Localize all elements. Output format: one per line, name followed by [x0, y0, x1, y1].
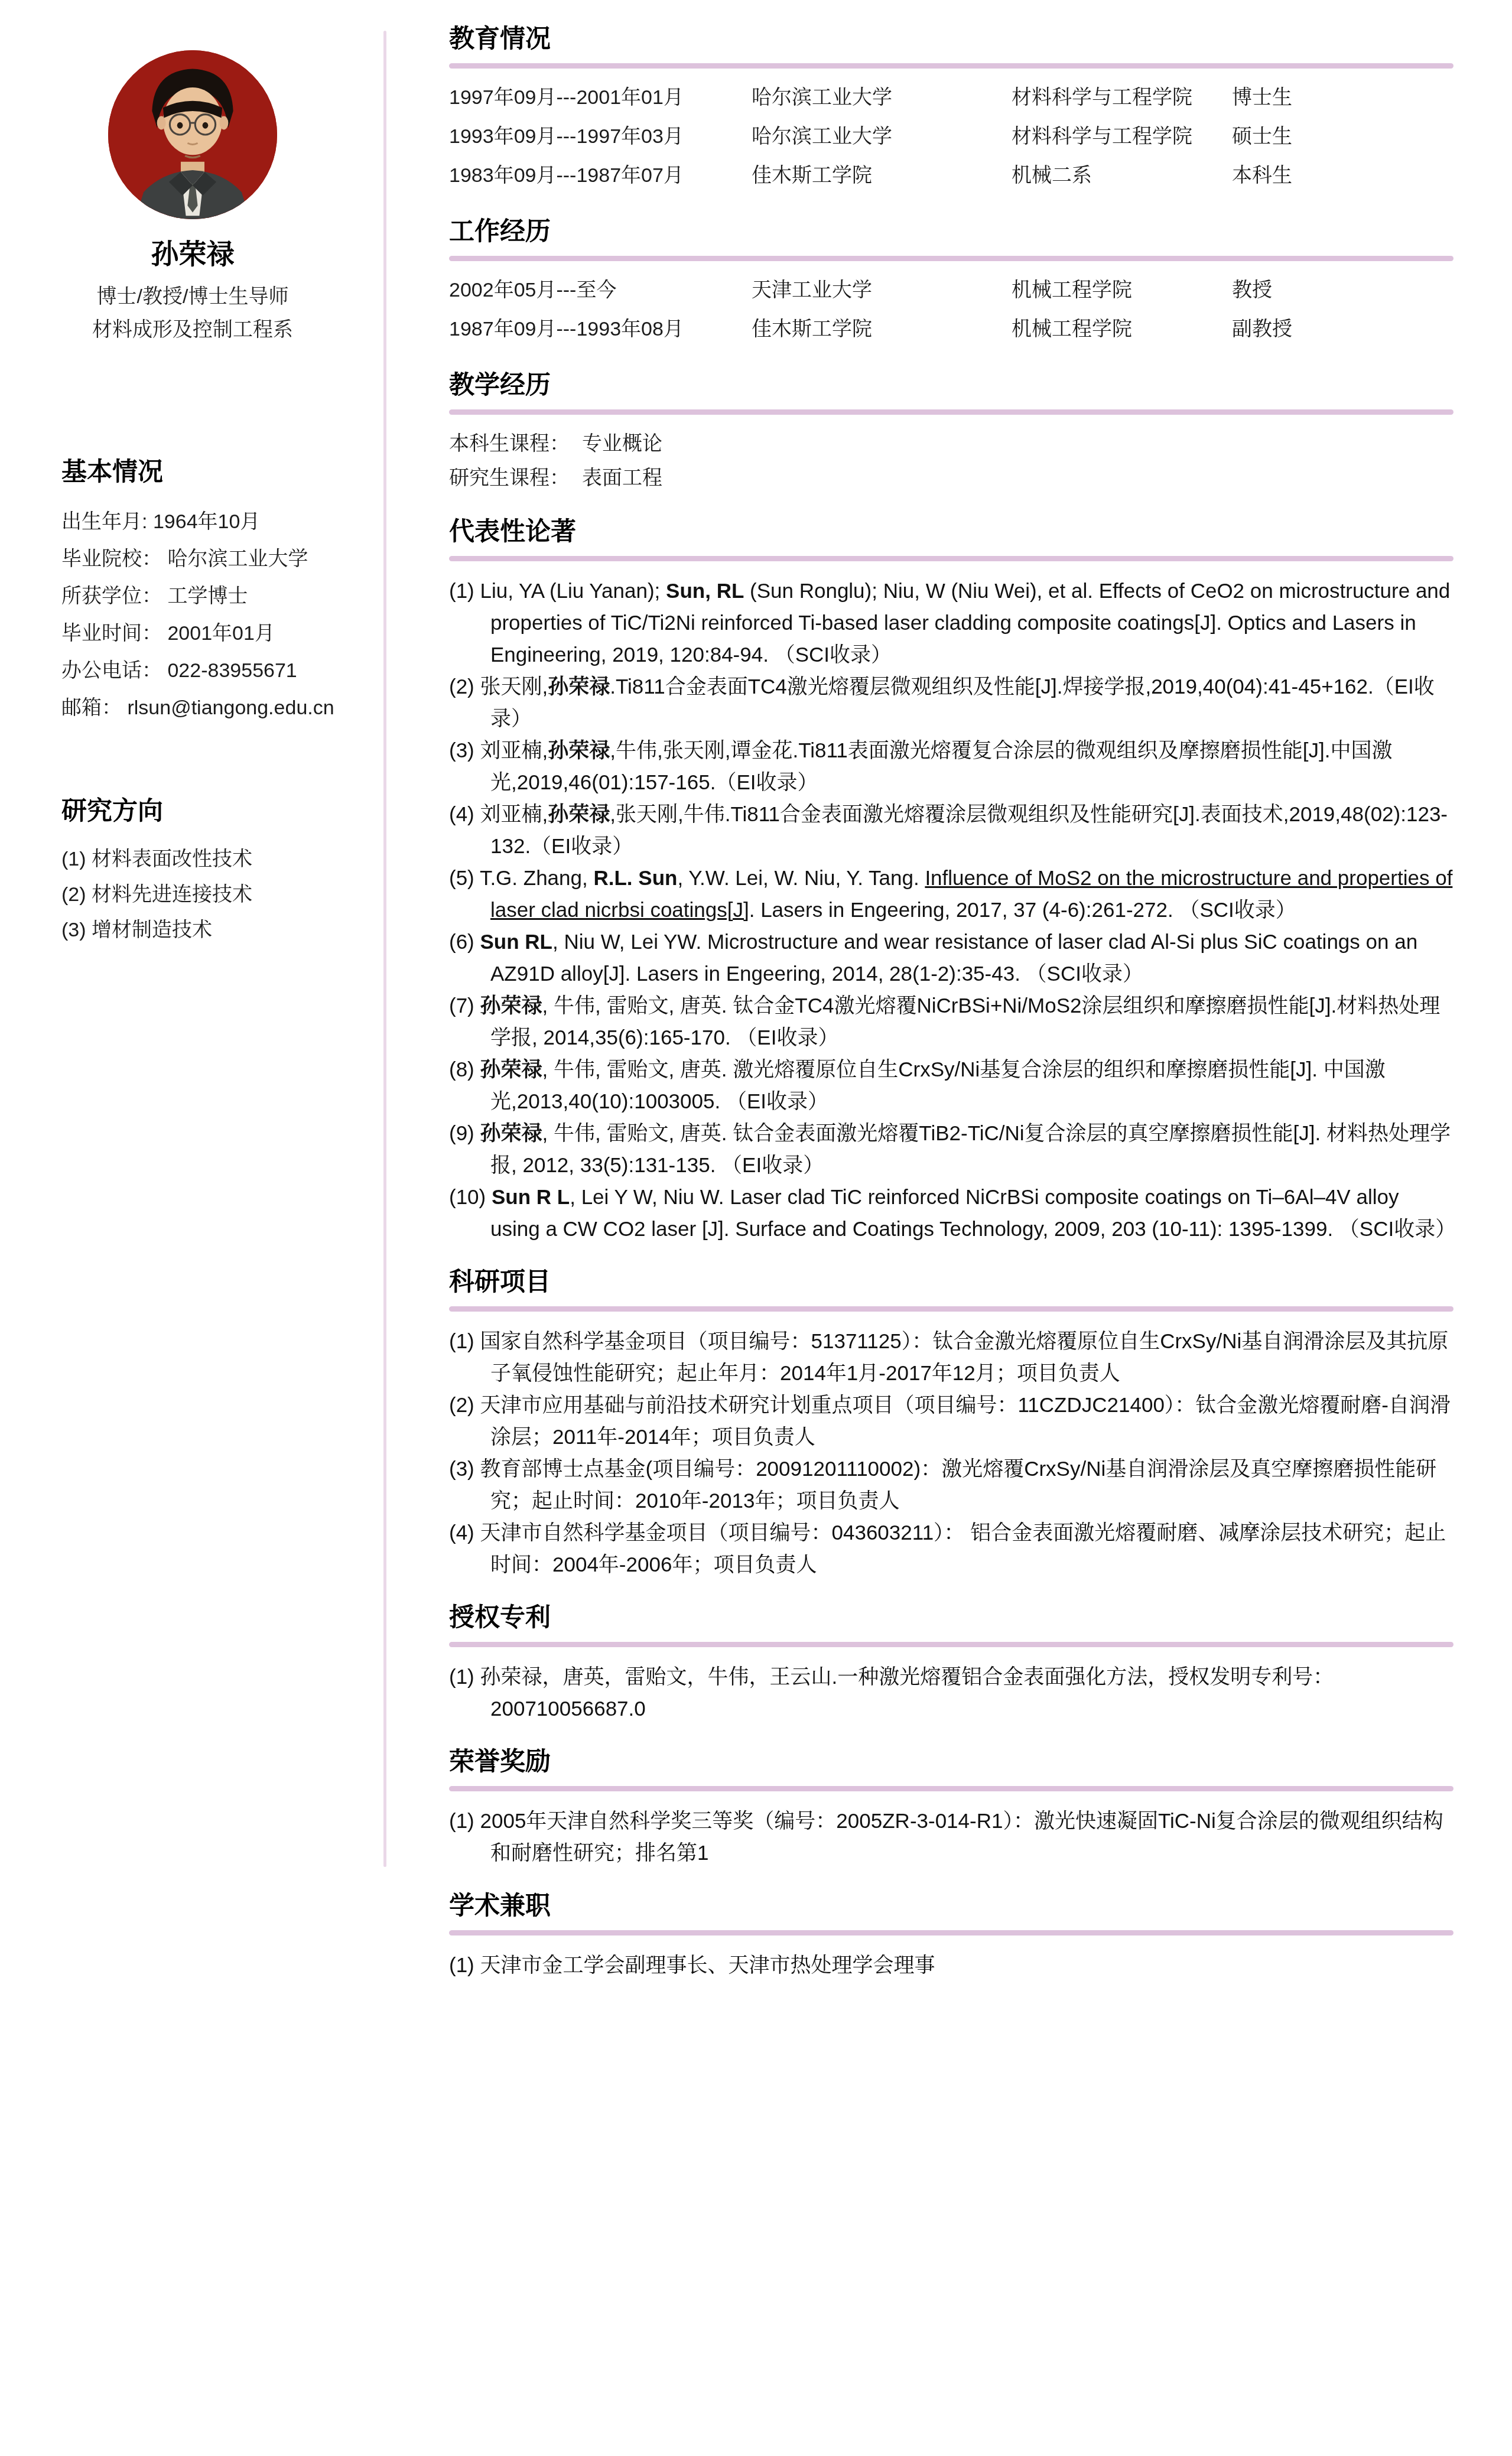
publication-item: (4) 刘亚楠,孙荣禄,张天刚,牛伟.Ti811合金表面激光熔覆涂层微观组织及性…: [449, 799, 1454, 863]
info-row: 出生年月: 1964年10月: [61, 503, 368, 541]
text-segment: . Lasers in Engeering, 2017, 37 (4-6):26…: [749, 899, 1296, 922]
info-row: 邮箱： rlsun@tiangong.edu.cn: [61, 689, 368, 727]
table-row: 2002年05月---至今天津工业大学机械工程学院教授: [449, 271, 1454, 310]
table-cell: 天津工业大学: [752, 271, 1012, 310]
table-cell: 哈尔滨工业大学: [752, 78, 1012, 117]
list-item: (1) 材料表面改性技术: [61, 841, 368, 877]
publication-item: (5) T.G. Zhang, R.L. Sun, Y.W. Lei, W. N…: [449, 863, 1454, 926]
item-number: (1): [449, 1665, 480, 1689]
info-label: 邮箱：: [61, 697, 127, 719]
text-segment: ,张天刚,牛伟.Ti811合金表面激光熔覆涂层微观组织及性能研究[J].表面技术…: [490, 803, 1448, 858]
table-cell: 硕士生: [1232, 117, 1454, 156]
text-segment: Sun R L: [492, 1186, 570, 1209]
publications-divider-bar: [449, 556, 1454, 561]
teaching-divider-bar: [449, 409, 1454, 415]
item-number: (1): [449, 1954, 480, 1977]
list-item: (2) 材料先进连接技术: [61, 877, 368, 912]
work-divider-bar: [449, 256, 1454, 261]
list-item: (1) 国家自然科学基金项目（项目编号：51371125）：钛合金激光熔覆原位自…: [449, 1326, 1454, 1390]
item-number: (6): [449, 931, 480, 954]
info-row: 毕业院校： 哈尔滨工业大学: [61, 541, 368, 578]
table-cell: 哈尔滨工业大学: [752, 117, 1012, 156]
item-number: (5): [449, 867, 480, 890]
text-segment: R.L. Sun: [593, 867, 677, 890]
table-cell: 佳木斯工学院: [752, 310, 1012, 349]
publications-heading: 代表性论著: [449, 516, 1454, 547]
item-text: 国家自然科学基金项目（项目编号：51371125）：钛合金激光熔覆原位自生Crx…: [480, 1330, 1449, 1385]
list-item: (1) 天津市金工学会副理事长、天津市热处理学会理事: [449, 1950, 1454, 1982]
work-heading: 工作经历: [449, 216, 1454, 247]
item-text: 孙荣禄，唐英，雷贻文，牛伟，王云山.一种激光熔覆铝合金表面强化方法，授权发明专利…: [480, 1665, 1334, 1720]
info-label: 毕业时间：: [61, 622, 167, 645]
item-number: (1): [449, 1330, 480, 1353]
publication-item: (9) 孙荣禄, 牛伟, 雷贻文, 唐英. 钛合金表面激光熔覆TiB2-TiC/…: [449, 1118, 1454, 1182]
text-segment: 孙荣禄: [548, 803, 610, 826]
projects-heading: 科研项目: [449, 1267, 1454, 1297]
positions-section: 学术兼职 (1) 天津市金工学会副理事长、天津市热处理学会理事: [449, 1891, 1454, 1982]
info-label: 出生年月:: [61, 510, 153, 533]
text-segment: 孙荣禄: [480, 1122, 542, 1145]
info-label: 办公电话：: [61, 659, 167, 682]
table-row: 1997年09月---2001年01月哈尔滨工业大学材料科学与工程学院博士生: [449, 78, 1454, 117]
patents-heading: 授权专利: [449, 1602, 1454, 1633]
person-department-line: 材料成形及控制工程系: [0, 313, 385, 346]
item-text: 天津市自然科学基金项目（项目编号：043603211）： 铝合金表面激光熔覆耐磨…: [480, 1521, 1446, 1576]
info-value: 2001年01月: [167, 622, 274, 645]
item-number: (8): [449, 1058, 480, 1081]
text-segment: 张天刚,: [480, 675, 548, 698]
info-row: 所获学位： 工学博士: [61, 578, 368, 615]
text-segment: 孙荣禄: [480, 1058, 542, 1081]
info-row: 毕业时间： 2001年01月: [61, 615, 368, 652]
item-number: (4): [449, 803, 480, 826]
education-section: 教育情况 1997年09月---2001年01月哈尔滨工业大学材料科学与工程学院…: [449, 24, 1454, 195]
item-text: 天津市金工学会副理事长、天津市热处理学会理事: [480, 1954, 935, 1977]
table-cell: 教授: [1232, 271, 1454, 310]
sidebar: 孙荣禄 博士/教授/博士生导师 材料成形及控制工程系 基本情况 出生年月: 19…: [0, 0, 385, 948]
text-segment: , 牛伟, 雷贻文, 唐英. 激光熔覆原位自生CrxSy/Ni基复合涂层的组织和…: [490, 1058, 1386, 1113]
positions-heading: 学术兼职: [449, 1891, 1454, 1921]
info-row: 本科生课程： 专业概论: [449, 427, 1454, 461]
item-number: (3): [449, 739, 480, 762]
item-number: (7): [449, 994, 480, 1017]
teaching-section: 教学经历 本科生课程： 专业概论研究生课程： 表面工程: [449, 370, 1454, 495]
table-cell: 本科生: [1232, 156, 1454, 195]
text-segment: , 牛伟, 雷贻文, 唐英. 钛合金TC4激光熔覆NiCrBSi+Ni/MoS2…: [490, 994, 1440, 1049]
info-value: 022-83955671: [167, 659, 297, 682]
item-number: (10): [449, 1186, 492, 1209]
projects-divider-bar: [449, 1306, 1454, 1312]
person-title-line: 博士/教授/博士生导师: [0, 280, 385, 313]
table-cell: 1987年09月---1993年08月: [449, 310, 752, 349]
info-label: 所获学位：: [61, 585, 167, 607]
list-item: (2) 天津市应用基础与前沿技术研究计划重点项目（项目编号：11CZDJC214…: [449, 1390, 1454, 1453]
info-value: 表面工程: [582, 461, 1454, 495]
info-value: 专业概论: [582, 427, 1454, 461]
publications-list: (1) Liu, YA (Liu Yanan); Sun, RL (Sun Ro…: [449, 575, 1454, 1245]
person-titles: 博士/教授/博士生导师 材料成形及控制工程系: [0, 280, 385, 346]
publication-item: (2) 张天刚,孙荣禄.Ti811合金表面TC4激光熔覆层微观组织及性能[J].…: [449, 671, 1454, 735]
text-segment: , Lei Y W, Niu W. Laser clad TiC reinfor…: [490, 1186, 1456, 1241]
table-row: 1983年09月---1987年07月佳木斯工学院机械二系本科生: [449, 156, 1454, 195]
publications-section: 代表性论著 (1) Liu, YA (Liu Yanan); Sun, RL (…: [449, 516, 1454, 1245]
table-cell: 2002年05月---至今: [449, 271, 752, 310]
text-segment: 刘亚楠,: [480, 803, 548, 826]
info-label: 研究生课程：: [449, 461, 582, 495]
portrait-photo: [108, 50, 277, 219]
research-section: 研究方向 (1) 材料表面改性技术(2) 材料先进连接技术(3) 增材制造技术: [61, 796, 368, 948]
positions-list: (1) 天津市金工学会副理事长、天津市热处理学会理事: [449, 1950, 1454, 1982]
education-divider-bar: [449, 63, 1454, 69]
item-number: (2): [449, 1394, 480, 1417]
table-cell: 1993年09月---1997年03月: [449, 117, 752, 156]
basic-info-list: 出生年月: 1964年10月毕业院校： 哈尔滨工业大学所获学位： 工学博士毕业时…: [61, 503, 368, 727]
projects-section: 科研项目 (1) 国家自然科学基金项目（项目编号：51371125）：钛合金激光…: [449, 1267, 1454, 1581]
list-item: (3) 教育部博士点基金(项目编号：20091201110002)：激光熔覆Cr…: [449, 1453, 1454, 1517]
research-heading: 研究方向: [61, 796, 368, 826]
awards-heading: 荣誉奖励: [449, 1746, 1454, 1777]
basic-info-heading: 基本情况: [61, 457, 368, 487]
info-label: 毕业院校：: [61, 548, 167, 570]
education-heading: 教育情况: [449, 24, 1454, 54]
table-cell: 机械二系: [1012, 156, 1232, 195]
work-table: 2002年05月---至今天津工业大学机械工程学院教授1987年09月---19…: [449, 271, 1454, 349]
teaching-heading: 教学经历: [449, 370, 1454, 401]
info-row: 研究生课程： 表面工程: [449, 461, 1454, 495]
awards-section: 荣誉奖励 (1) 2005年天津自然科学奖三等奖（编号：2005ZR-3-014…: [449, 1746, 1454, 1869]
text-segment: 孙荣禄: [548, 739, 610, 762]
text-segment: T.G. Zhang,: [480, 867, 594, 890]
text-segment: , Y.W. Lei, W. Niu, Y. Tang.: [677, 867, 925, 890]
education-table: 1997年09月---2001年01月哈尔滨工业大学材料科学与工程学院博士生19…: [449, 78, 1454, 195]
table-cell: 副教授: [1232, 310, 1454, 349]
info-value: rlsun@tiangong.edu.cn: [127, 697, 334, 719]
info-value: 1964年10月: [153, 510, 260, 533]
text-segment: ,牛伟,张天刚,谭金花.Ti811表面激光熔覆复合涂层的微观组织及摩擦磨损性能[…: [490, 739, 1392, 794]
work-section: 工作经历 2002年05月---至今天津工业大学机械工程学院教授1987年09月…: [449, 216, 1454, 349]
info-value: 哈尔滨工业大学: [167, 548, 308, 570]
item-number: (3): [449, 1458, 480, 1481]
publication-item: (8) 孙荣禄, 牛伟, 雷贻文, 唐英. 激光熔覆原位自生CrxSy/Ni基复…: [449, 1054, 1454, 1118]
table-cell: 1983年09月---1987年07月: [449, 156, 752, 195]
item-text: 2005年天津自然科学奖三等奖（编号：2005ZR-3-014-R1）：激光快速…: [480, 1810, 1443, 1865]
text-segment: 刘亚楠,: [480, 739, 548, 762]
awards-divider-bar: [449, 1786, 1454, 1791]
text-segment: 孙荣禄: [480, 994, 542, 1017]
item-number: (9): [449, 1122, 480, 1145]
awards-list: (1) 2005年天津自然科学奖三等奖（编号：2005ZR-3-014-R1）：…: [449, 1806, 1454, 1869]
table-cell: 材料科学与工程学院: [1012, 117, 1232, 156]
text-segment: Sun, RL: [666, 580, 744, 603]
item-number: (1): [449, 1810, 480, 1833]
publication-item: (6) Sun RL, Niu W, Lei YW. Microstructur…: [449, 926, 1454, 990]
table-row: 1987年09月---1993年08月佳木斯工学院机械工程学院副教授: [449, 310, 1454, 349]
item-number: (4): [449, 1521, 480, 1544]
positions-divider-bar: [449, 1930, 1454, 1935]
patents-list: (1) 孙荣禄，唐英，雷贻文，牛伟，王云山.一种激光熔覆铝合金表面强化方法，授权…: [449, 1661, 1454, 1725]
table-row: 1993年09月---1997年03月哈尔滨工业大学材料科学与工程学院硕士生: [449, 117, 1454, 156]
profile-page: 孙荣禄 博士/教授/博士生导师 材料成形及控制工程系 基本情况 出生年月: 19…: [0, 0, 1512, 2456]
person-name: 孙荣禄: [0, 232, 385, 272]
basic-info-section: 基本情况 出生年月: 1964年10月毕业院校： 哈尔滨工业大学所获学位： 工学…: [61, 457, 368, 727]
table-cell: 机械工程学院: [1012, 271, 1232, 310]
publication-item: (7) 孙荣禄, 牛伟, 雷贻文, 唐英. 钛合金TC4激光熔覆NiCrBSi+…: [449, 990, 1454, 1054]
projects-list: (1) 国家自然科学基金项目（项目编号：51371125）：钛合金激光熔覆原位自…: [449, 1326, 1454, 1581]
portrait-illustration: [108, 50, 277, 219]
text-segment: , Niu W, Lei YW. Microstructure and wear…: [490, 931, 1417, 985]
item-number: (2): [449, 675, 480, 698]
item-text: 教育部博士点基金(项目编号：20091201110002)：激光熔覆CrxSy/…: [480, 1458, 1437, 1512]
publication-item: (10) Sun R L, Lei Y W, Niu W. Laser clad…: [449, 1182, 1454, 1245]
list-item: (4) 天津市自然科学基金项目（项目编号：043603211）： 铝合金表面激光…: [449, 1517, 1454, 1581]
item-text: 天津市应用基础与前沿技术研究计划重点项目（项目编号：11CZDJC21400）：…: [480, 1394, 1451, 1449]
info-value: 工学博士: [167, 585, 248, 607]
publication-item: (3) 刘亚楠,孙荣禄,牛伟,张天刚,谭金花.Ti811表面激光熔覆复合涂层的微…: [449, 735, 1454, 799]
main-content: 教育情况 1997年09月---2001年01月哈尔滨工业大学材料科学与工程学院…: [449, 24, 1454, 2003]
text-segment: Sun RL: [480, 931, 552, 954]
research-list: (1) 材料表面改性技术(2) 材料先进连接技术(3) 增材制造技术: [61, 841, 368, 948]
text-segment: .Ti811合金表面TC4激光熔覆层微观组织及性能[J].焊接学报,2019,4…: [490, 675, 1435, 730]
text-segment: Liu, YA (Liu Yanan);: [480, 580, 666, 603]
list-item: (1) 2005年天津自然科学奖三等奖（编号：2005ZR-3-014-R1）：…: [449, 1806, 1454, 1869]
table-cell: 佳木斯工学院: [752, 156, 1012, 195]
table-cell: 机械工程学院: [1012, 310, 1232, 349]
list-item: (3) 增材制造技术: [61, 912, 368, 948]
table-cell: 材料科学与工程学院: [1012, 78, 1232, 117]
info-label: 本科生课程：: [449, 427, 582, 461]
patents-divider-bar: [449, 1642, 1454, 1647]
teaching-table: 本科生课程： 专业概论研究生课程： 表面工程: [449, 427, 1454, 495]
table-cell: 博士生: [1232, 78, 1454, 117]
text-segment: 孙荣禄: [548, 675, 610, 698]
item-number: (1): [449, 580, 480, 603]
info-row: 办公电话： 022-83955671: [61, 652, 368, 689]
list-item: (1) 孙荣禄，唐英，雷贻文，牛伟，王云山.一种激光熔覆铝合金表面强化方法，授权…: [449, 1661, 1454, 1725]
patents-section: 授权专利 (1) 孙荣禄，唐英，雷贻文，牛伟，王云山.一种激光熔覆铝合金表面强化…: [449, 1602, 1454, 1725]
publication-item: (1) Liu, YA (Liu Yanan); Sun, RL (Sun Ro…: [449, 575, 1454, 671]
table-cell: 1997年09月---2001年01月: [449, 78, 752, 117]
text-segment: , 牛伟, 雷贻文, 唐英. 钛合金表面激光熔覆TiB2-TiC/Ni复合涂层的…: [490, 1122, 1451, 1177]
